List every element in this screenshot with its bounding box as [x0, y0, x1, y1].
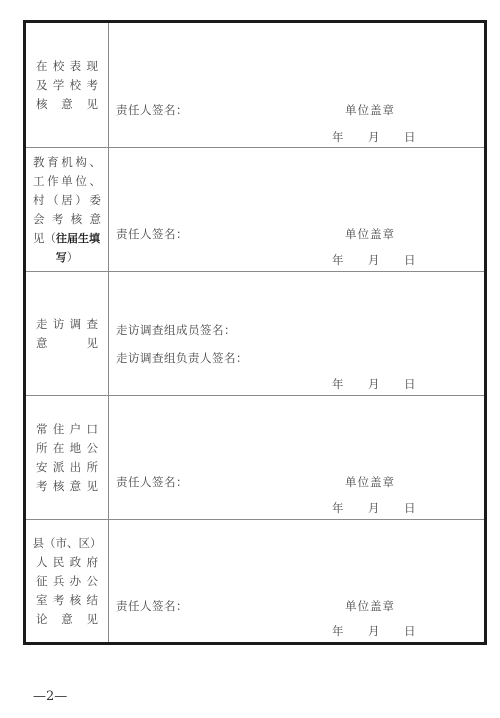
- seal-label: 单位盖章: [345, 102, 395, 118]
- content-cell-conscription-office-review[interactable]: 责任人签名： 单位盖章 年月日: [109, 520, 484, 642]
- member-signature-label: 走访调查组成员签名：: [116, 322, 236, 338]
- content-cell-school-review[interactable]: 责任人签名： 单位盖章 年月日: [109, 23, 484, 147]
- label-cell-institution-review: 教育机构、 工作单位、 村（居）委 会考核意 见（往届生填 写）: [26, 148, 109, 271]
- label-cell-school-review: 在校表现 及学校考 核意见: [26, 23, 109, 147]
- page-number: —2—: [33, 689, 67, 704]
- row-label: 教育机构、 工作单位、 村（居）委 会考核意 见（往届生填 写）: [33, 153, 101, 267]
- row-label: 常住户口 所在地公 安派出所 考核意见: [36, 420, 98, 496]
- past-graduate-note: 往届生填: [56, 229, 100, 248]
- date-line: 年月日: [332, 376, 416, 392]
- label-cell-visit-investigation: 走访调查 意见: [26, 272, 109, 395]
- leader-signature-label: 走访调查组负责人签名：: [116, 350, 248, 366]
- label-cell-conscription-office-review: 县（市、区） 人民政府 征兵办公 室考核结 论意见: [26, 520, 109, 642]
- signer-label: 责任人签名：: [116, 598, 188, 614]
- row-police-review: 常住户口 所在地公 安派出所 考核意见 责任人签名： 单位盖章 年月日: [26, 396, 484, 520]
- signer-label: 责任人签名：: [116, 226, 188, 242]
- row-label: 县（市、区） 人民政府 征兵办公 室考核结 论意见: [36, 534, 98, 629]
- seal-label: 单位盖章: [345, 598, 395, 614]
- content-cell-institution-review[interactable]: 责任人签名： 单位盖章 年月日: [109, 148, 484, 271]
- row-visit-investigation: 走访调查 意见 走访调查组成员签名： 走访调查组负责人签名： 年月日: [26, 272, 484, 396]
- date-line: 年月日: [332, 129, 416, 145]
- seal-label: 单位盖章: [345, 474, 395, 490]
- label-cell-police-review: 常住户口 所在地公 安派出所 考核意见: [26, 396, 109, 519]
- date-line: 年月日: [332, 623, 416, 639]
- seal-label: 单位盖章: [345, 226, 395, 242]
- date-line: 年月日: [332, 500, 416, 516]
- content-cell-visit-investigation[interactable]: 走访调查组成员签名： 走访调查组负责人签名： 年月日: [109, 272, 484, 395]
- signer-label: 责任人签名：: [116, 102, 188, 118]
- row-school-review: 在校表现 及学校考 核意见 责任人签名： 单位盖章 年月日: [26, 23, 484, 148]
- date-line: 年月日: [332, 252, 416, 268]
- review-form-table: 在校表现 及学校考 核意见 责任人签名： 单位盖章 年月日 教育机构、 工作单位…: [23, 20, 487, 645]
- row-institution-review: 教育机构、 工作单位、 村（居）委 会考核意 见（往届生填 写） 责任人签名： …: [26, 148, 484, 272]
- content-cell-police-review[interactable]: 责任人签名： 单位盖章 年月日: [109, 396, 484, 519]
- row-label: 在校表现 及学校考 核意见: [36, 57, 98, 114]
- row-conscription-office-review: 县（市、区） 人民政府 征兵办公 室考核结 论意见 责任人签名： 单位盖章 年月…: [26, 520, 484, 642]
- row-label: 走访调查 意见: [36, 315, 98, 353]
- signer-label: 责任人签名：: [116, 474, 188, 490]
